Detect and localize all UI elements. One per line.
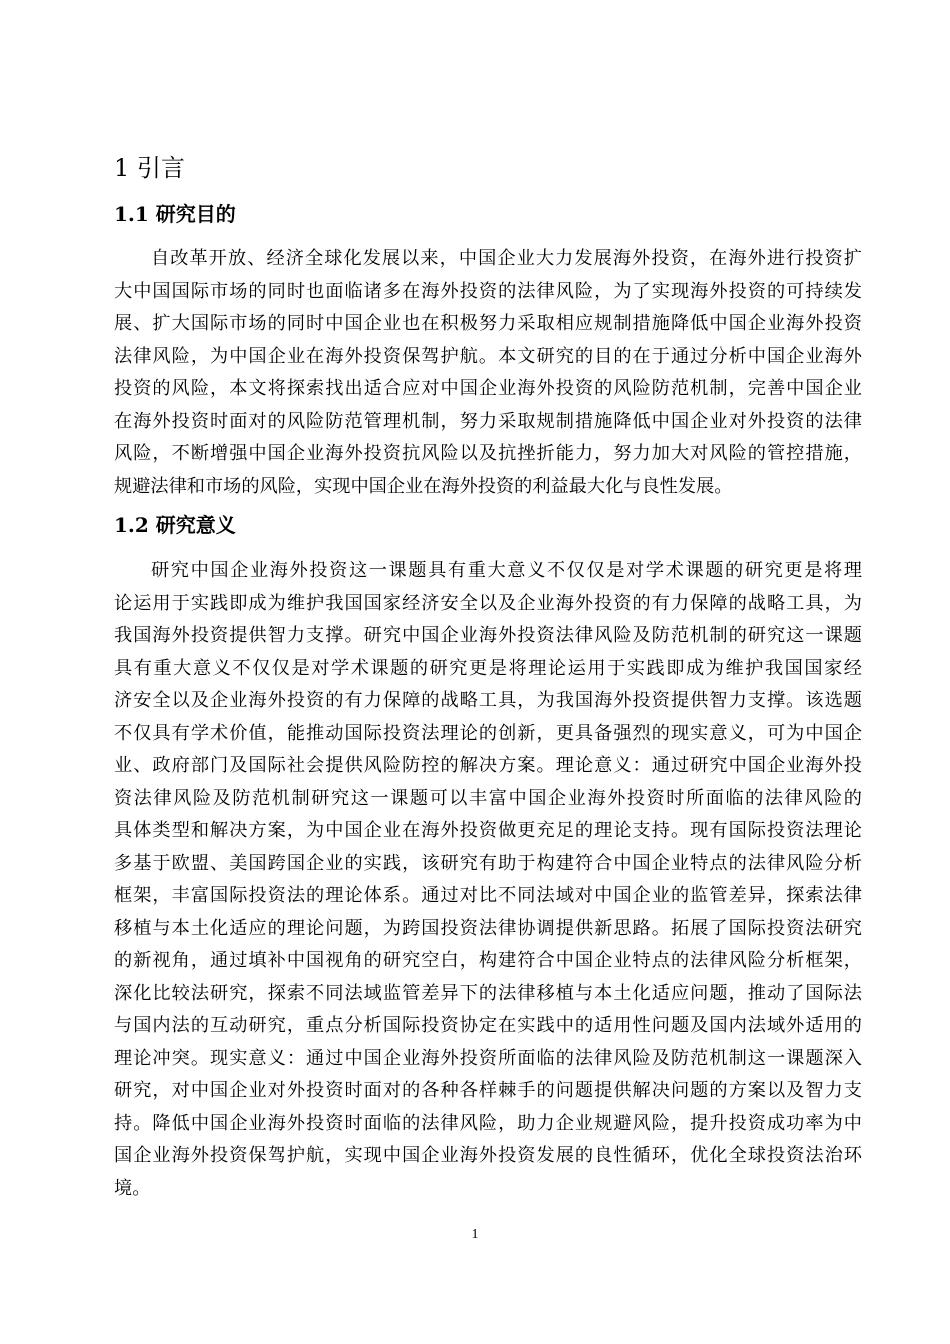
paragraph-research-significance: 研究中国企业海外投资这一课题具有重大意义不仅仅是对学术课题的研究更是将理 论运用… — [114, 555, 862, 1205]
text-line: 移植与本土化适应的理论问题，为跨国投资法律协调提供新思路。拓展了国际投资法研究 — [114, 913, 862, 946]
text-line: 研究，对中国企业对外投资时面对的各种各样棘手的问题提供解决问题的方案以及智力支 — [114, 1075, 862, 1108]
text-line: 具有重大意义不仅仅是对学术课题的研究更是将理论运用于实践即成为维护我国国家经 — [114, 653, 862, 686]
text-line: 与国内法的互动研究，重点分析国际投资协定在实践中的适用性问题及国内法域外适用的 — [114, 1010, 862, 1043]
text-line: 研究中国企业海外投资这一课题具有重大意义不仅仅是对学术课题的研究更是将理 — [114, 555, 862, 588]
text-line: 持。降低中国企业海外投资时面临的法律风险，助力企业规避风险，提升投资成功率为中 — [114, 1108, 862, 1141]
chapter-heading: 1 引言 — [114, 152, 185, 184]
text-line: 法律风险，为中国企业在海外投资保驾护航。本文研究的目的在于通过分析中国企业海外 — [114, 341, 862, 374]
text-line: 大中国国际市场的同时也面临诸多在海外投资的法律风险，为了实现海外投资的可持续发 — [114, 276, 862, 309]
text-line: 展、扩大国际市场的同时中国企业也在积极努力采取相应规制措施降低中国企业海外投资 — [114, 308, 862, 341]
text-line: 在海外投资时面对的风险防范管理机制，努力采取规制措施降低中国企业对外投资的法律 — [114, 406, 862, 439]
text-line: 投资的风险，本文将探索找出适合应对中国企业海外投资的风险防范机制，完善中国企业 — [114, 373, 862, 406]
text-line: 框架，丰富国际投资法的理论体系。通过对比不同法域对中国企业的监管差异，探索法律 — [114, 880, 862, 913]
text-line: 我国海外投资提供智力支撑。研究中国企业海外投资法律风险及防范机制的研究这一课题 — [114, 620, 862, 653]
text-line: 的新视角，通过填补中国视角的研究空白，构建符合中国企业特点的法律风险分析框架， — [114, 945, 862, 978]
document-page: 1 引言 1.1 研究目的 自改革开放、经济全球化发展以来，中国企业大力发展海外… — [0, 0, 950, 1344]
text-line: 多基于欧盟、美国跨国企业的实践，该研究有助于构建符合中国企业特点的法律风险分析 — [114, 848, 862, 881]
section-heading-research-purpose: 1.1 研究目的 — [114, 200, 236, 228]
text-line: 风险，不断增强中国企业海外投资抗风险以及抗挫折能力，努力加大对风险的管控措施， — [114, 438, 862, 471]
text-line: 理论冲突。现实意义：通过中国企业海外投资所面临的法律风险及防范机制这一课题深入 — [114, 1043, 862, 1076]
text-line: 济安全以及企业海外投资的有力保障的战略工具，为我国海外投资提供智力支撑。该选题 — [114, 685, 862, 718]
text-line: 论运用于实践即成为维护我国国家经济安全以及企业海外投资的有力保障的战略工具，为 — [114, 588, 862, 621]
text-line: 业、政府部门及国际社会提供风险防控的解决方案。理论意义：通过研究中国企业海外投 — [114, 750, 862, 783]
page-number: 1 — [0, 1226, 950, 1244]
section-heading-research-significance: 1.2 研究意义 — [114, 511, 236, 539]
text-line: 深化比较法研究，探索不同法域监管差异下的法律移植与本土化适应问题，推动了国际法 — [114, 978, 862, 1011]
text-line: 资法律风险及防范机制研究这一课题可以丰富中国企业海外投资时所面临的法律风险的 — [114, 783, 862, 816]
text-line: 不仅具有学术价值，能推动国际投资法理论的创新，更具备强烈的现实意义，可为中国企 — [114, 718, 862, 751]
text-line: 境。 — [114, 1173, 862, 1206]
text-line: 具体类型和解决方案，为中国企业在海外投资做更充足的理论支持。现有国际投资法理论 — [114, 815, 862, 848]
text-line: 国企业海外投资保驾护航，实现中国企业海外投资发展的良性循环，优化全球投资法治环 — [114, 1140, 862, 1173]
text-line: 自改革开放、经济全球化发展以来，中国企业大力发展海外投资，在海外进行投资扩 — [114, 243, 862, 276]
paragraph-research-purpose: 自改革开放、经济全球化发展以来，中国企业大力发展海外投资，在海外进行投资扩 大中… — [114, 243, 862, 503]
text-line: 规避法律和市场的风险，实现中国企业在海外投资的利益最大化与良性发展。 — [114, 471, 862, 504]
